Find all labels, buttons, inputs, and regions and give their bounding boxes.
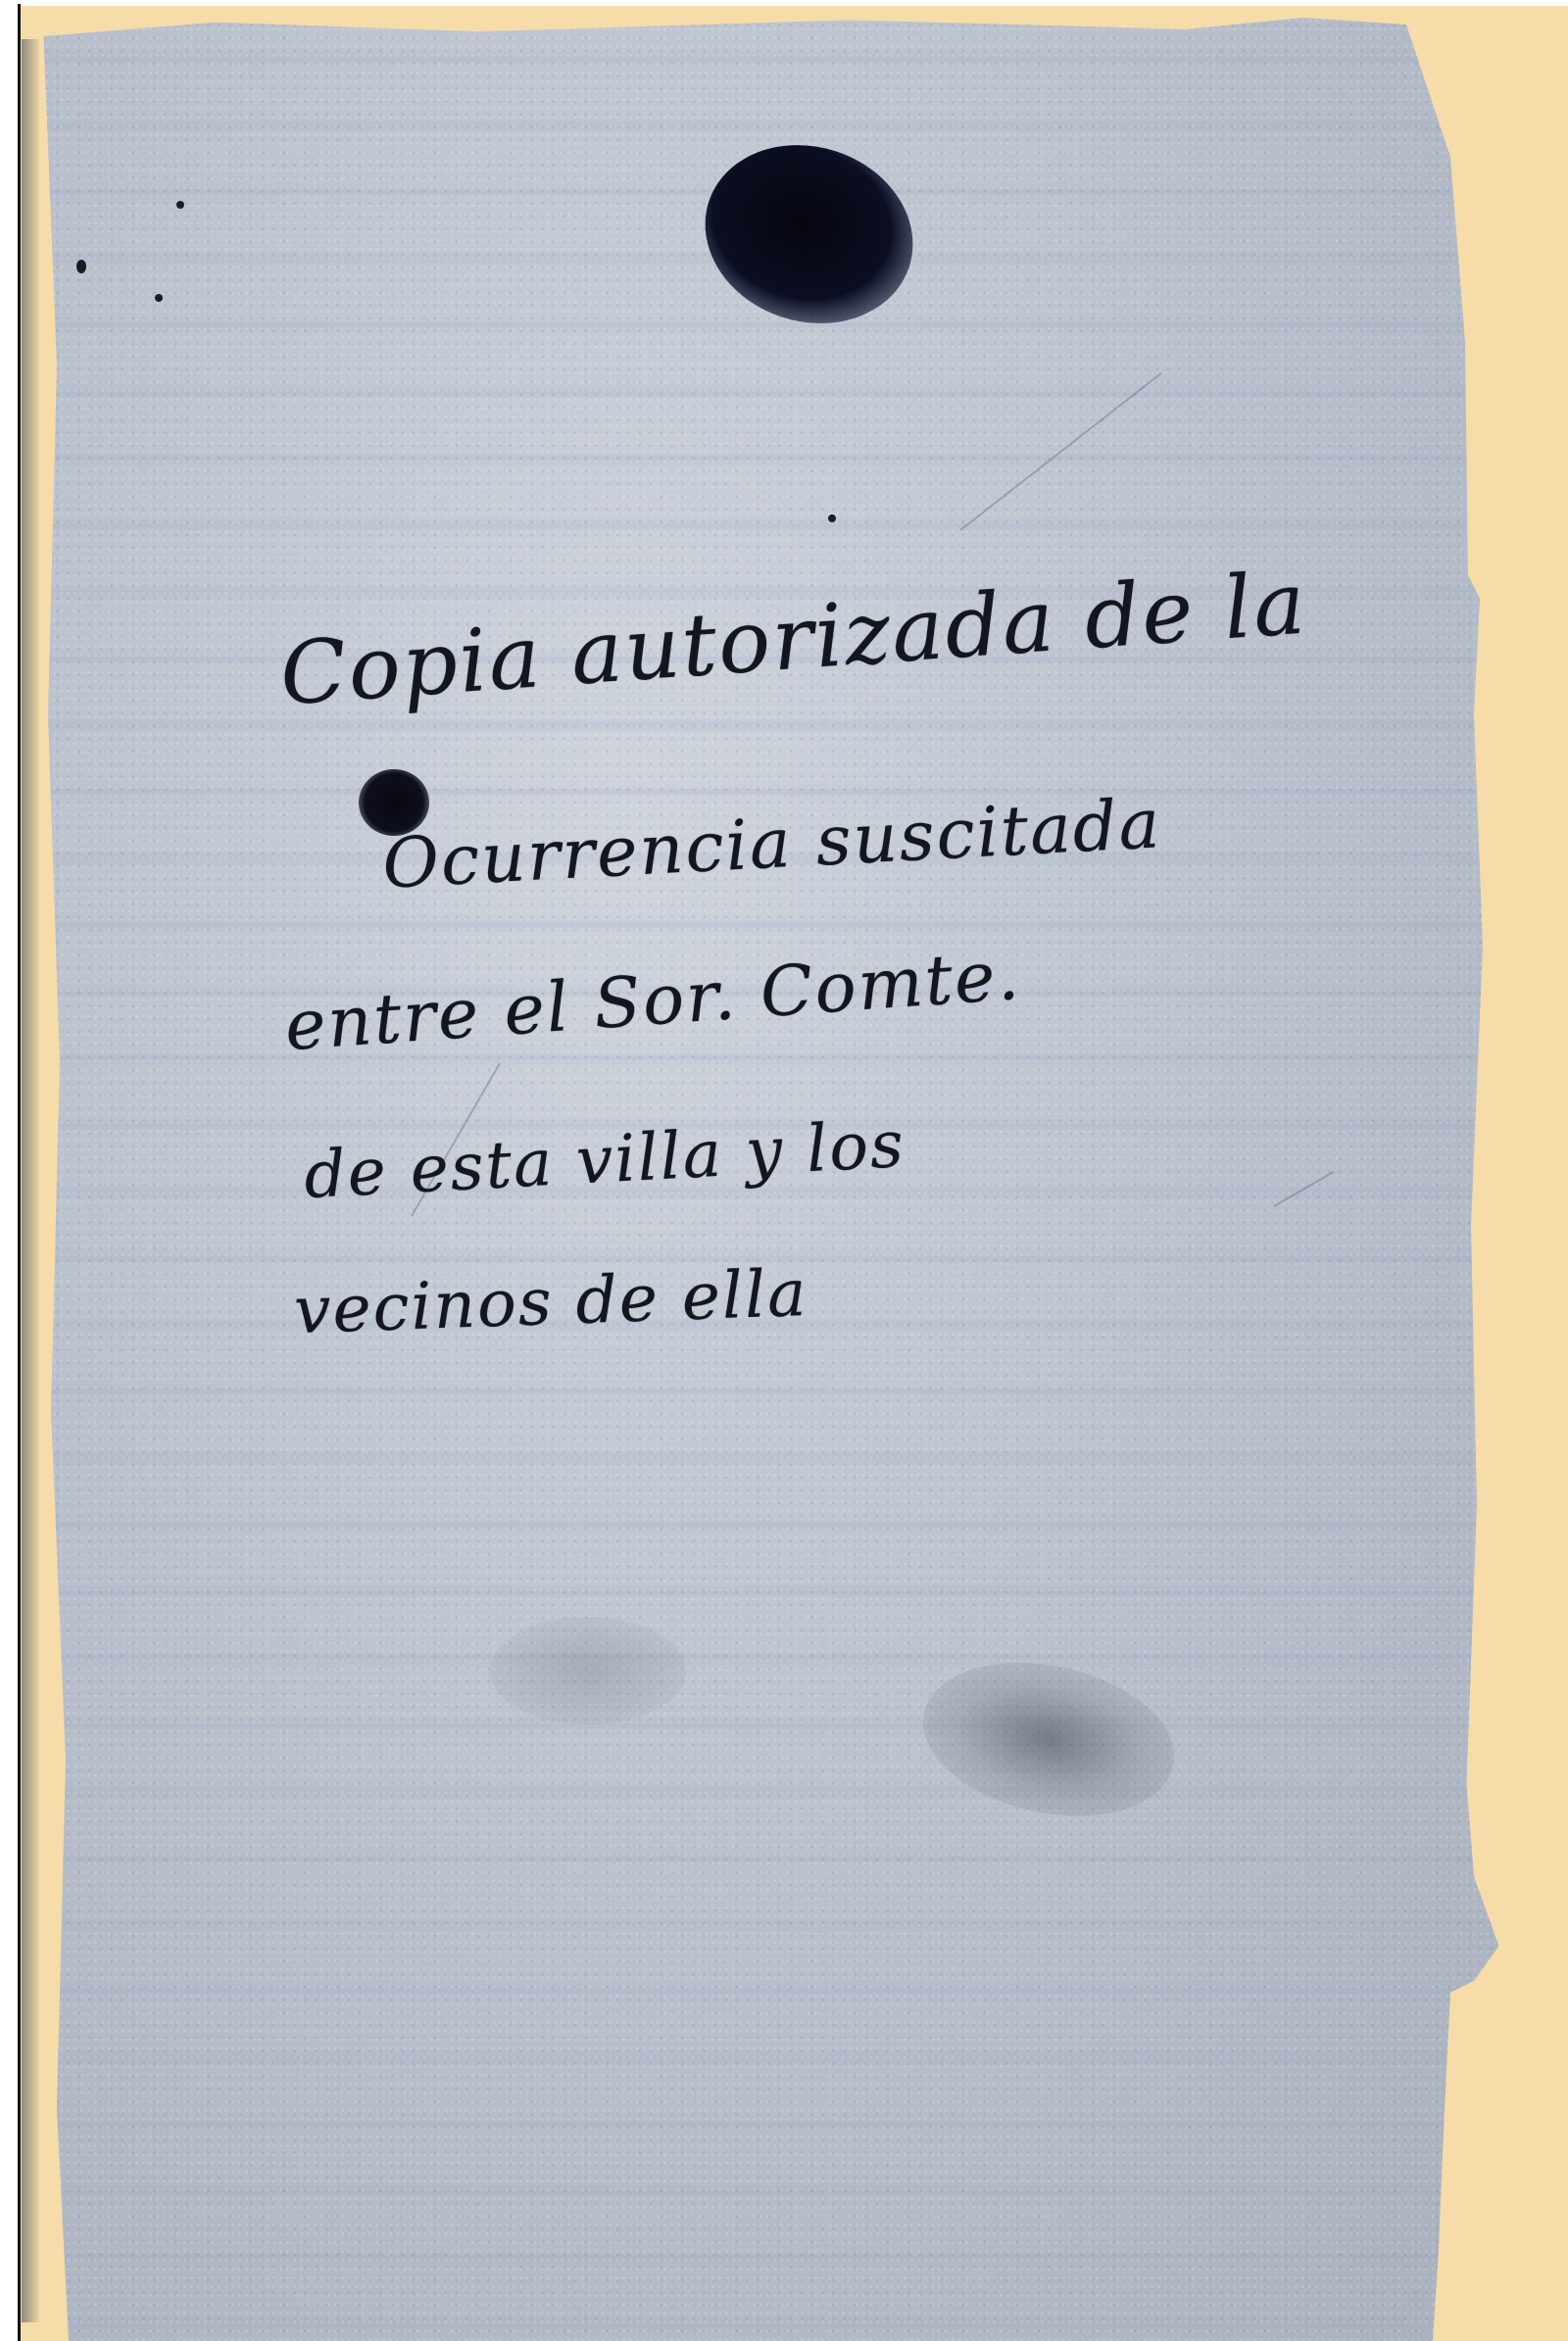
- faint-stain: [490, 1617, 686, 1725]
- ink-speck: [176, 201, 184, 209]
- ink-speck: [155, 294, 163, 302]
- binding-fold-shadow: [22, 39, 39, 2322]
- ink-speck: [828, 514, 836, 522]
- ink-speck: [76, 260, 86, 273]
